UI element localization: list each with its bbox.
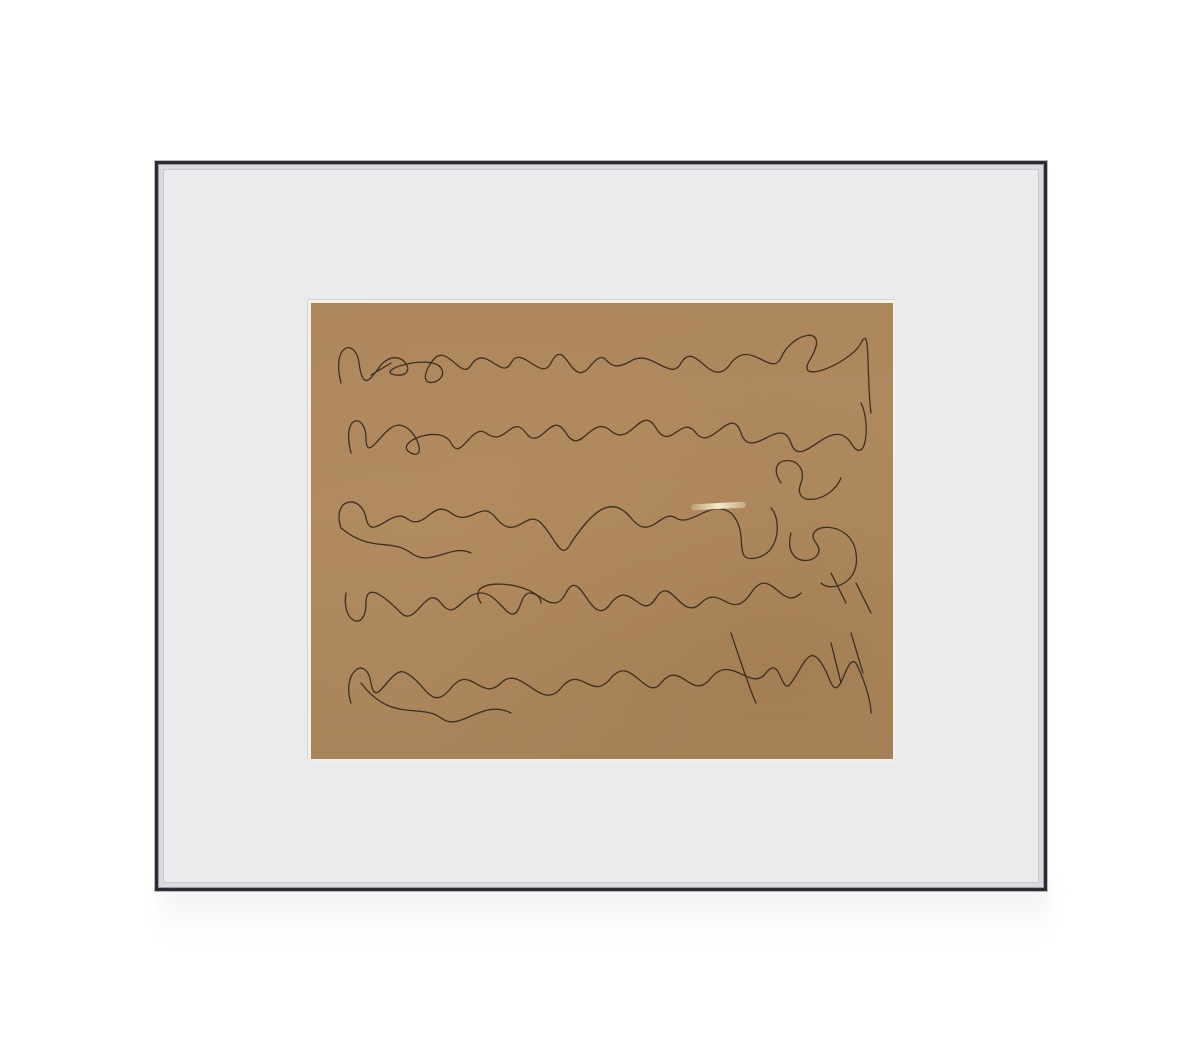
picture-frame: [155, 161, 1047, 891]
scribble-drawing: [311, 303, 893, 759]
artwork-paper: [311, 303, 893, 759]
mat-window: [307, 299, 895, 761]
mat-board: [163, 169, 1039, 883]
